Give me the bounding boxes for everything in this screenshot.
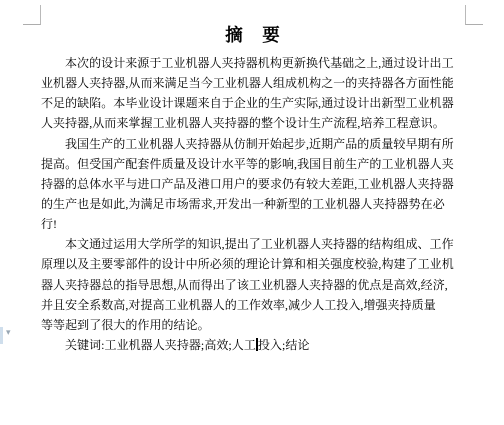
- body-text-line[interactable]: 持器的总体水平与进口产品及港口用户的要求仍有较大差距,工业机器人夹持器: [41, 174, 465, 194]
- margin-corner-mark-left: [23, 5, 41, 25]
- body-text-line[interactable]: 不足的缺陷。本毕业设计课题来自于企业的生产实际,通过设计出新型工业机器: [41, 93, 465, 113]
- body-text-line[interactable]: 本文通过运用大学所学的知识,提出了工业机器人夹持器的结构组成、工作: [41, 234, 465, 254]
- left-edge-accent-bar: [0, 327, 3, 344]
- body-text-line[interactable]: 并且安全系数高,对提高工业机器人的工作效率,减少人工投入,增强夹持质量: [41, 295, 465, 315]
- keywords-line[interactable]: 关键词:工业机器人夹持器;高效;人工投入;结论: [41, 335, 465, 355]
- keywords-text-after-cursor: 投入;结论: [258, 338, 310, 352]
- body-text-line[interactable]: 的生产也是如此,为满足市场需求,开发出一种新型的工业机器人夹持器势在必: [41, 194, 465, 214]
- body-text-line[interactable]: 等等起到了很大的作用的结论。: [41, 315, 465, 335]
- body-text-line[interactable]: 业机器人夹持器,从而来满足当今工业机器人组成机构之一的夹持器各方面性能: [41, 73, 465, 93]
- body-text-line[interactable]: 提高。但受国产配套件质量及设计水平等的影响,我国目前生产的工业机器人夹: [41, 154, 465, 174]
- document-body: 本次的设计来源于工业机器人夹持器机构更新换代基础之上,通过设计出工 业机器人夹持…: [41, 53, 465, 335]
- body-text-line[interactable]: 人夹持器,从而来掌握工业机器人夹持器的整个设计生产流程,培养工程意识。: [41, 113, 465, 133]
- body-text-line[interactable]: 本次的设计来源于工业机器人夹持器机构更新换代基础之上,通过设计出工: [41, 53, 465, 73]
- margin-corner-mark-right: [465, 5, 483, 25]
- body-text-line[interactable]: 原理以及主要零部件的设计中所必须的理论计算和相关强度校验,构建了工业机: [41, 254, 465, 274]
- abstract-title[interactable]: 摘 要: [41, 22, 465, 47]
- document-page: { "document": { "title": "摘 要", "body_li…: [0, 0, 504, 425]
- document-text-area[interactable]: 本次的设计来源于工业机器人夹持器机构更新换代基础之上,通过设计出工 业机器人夹持…: [41, 53, 465, 355]
- body-text-line[interactable]: 行!: [41, 214, 465, 234]
- body-text-line[interactable]: 我国生产的工业机器人夹持器从仿制开始起步,近期产品的质量较早期有所: [41, 134, 465, 154]
- keywords-text-before-cursor: 关键词:工业机器人夹持器;高效;人工: [65, 338, 256, 352]
- body-text-line[interactable]: 器人夹持器总的指导思想,从而得出了该工业机器人夹持器的优点是高效,经济,: [41, 275, 465, 295]
- chevron-down-icon[interactable]: ▾: [6, 328, 11, 339]
